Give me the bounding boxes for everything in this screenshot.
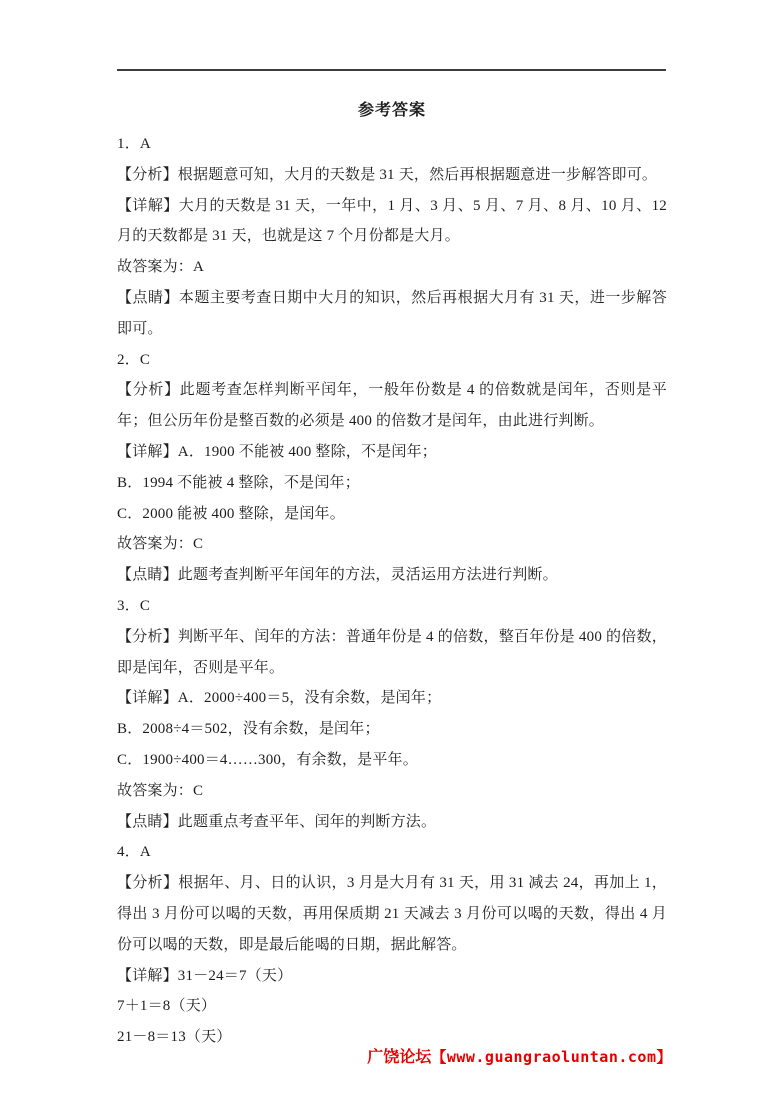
header-divider bbox=[117, 69, 666, 71]
answer-2-detail-a: 【详解】A．1900 不能被 400 整除，不是闰年； bbox=[117, 437, 667, 468]
answer-1-conclusion: 故答案为：A bbox=[117, 252, 667, 283]
answer-3: 3．C 【分析】判断平年、闰年的方法：普通年份是 4 的倍数，整百年份是 400… bbox=[117, 591, 667, 837]
answer-1: 1．A 【分析】根据题意可知，大月的天数是 31 天，然后再根据题意进一步解答即… bbox=[117, 129, 667, 345]
document-page: 参考答案 1．A 【分析】根据题意可知，大月的天数是 31 天，然后再根据题意进… bbox=[0, 0, 780, 1103]
answer-3-detail-a: 【详解】A．2000÷400＝5，没有余数，是闰年； bbox=[117, 683, 667, 714]
answer-2-detail-c: C．2000 能被 400 整除，是闰年。 bbox=[117, 499, 667, 530]
answer-1-note: 【点睛】本题主要考查日期中大月的知识，然后再根据大月有 31 天，进一步解答即可… bbox=[117, 283, 667, 345]
answer-3-conclusion: 故答案为：C bbox=[117, 776, 667, 807]
answer-3-detail-b: B．2008÷4＝502，没有余数，是闰年； bbox=[117, 714, 667, 745]
answer-4: 4．A 【分析】根据年、月、日的认识，3 月是大月有 31 天，用 31 减去 … bbox=[117, 837, 667, 1053]
page-title: 参考答案 bbox=[117, 95, 667, 126]
answer-2-conclusion: 故答案为：C bbox=[117, 529, 667, 560]
answer-3-detail-c: C．1900÷400＝4……300，有余数，是平年。 bbox=[117, 745, 667, 776]
document-body: 参考答案 1．A 【分析】根据题意可知，大月的天数是 31 天，然后再根据题意进… bbox=[117, 95, 667, 1053]
answer-2: 2．C 【分析】此题考查怎样判断平闰年，一般年份数是 4 的倍数就是闰年，否则是… bbox=[117, 345, 667, 591]
answer-1-analysis: 【分析】根据题意可知，大月的天数是 31 天，然后再根据题意进一步解答即可。 bbox=[117, 160, 667, 191]
answer-4-label: 4．A bbox=[117, 837, 667, 868]
answer-4-analysis: 【分析】根据年、月、日的认识，3 月是大月有 31 天，用 31 减去 24，再… bbox=[117, 868, 667, 960]
answer-4-equation-1: 【详解】31－24＝7（天） bbox=[117, 961, 667, 992]
site-url-text: 【www.guangraoluntan.com】 bbox=[431, 1048, 672, 1066]
answer-3-note: 【点睛】此题重点考查平年、闰年的判断方法。 bbox=[117, 807, 667, 838]
site-watermark: 广饶论坛【www.guangraoluntan.com】 bbox=[367, 1044, 672, 1067]
answer-2-detail-b: B．1994 不能被 4 整除，不是闰年； bbox=[117, 468, 667, 499]
answer-2-analysis: 【分析】此题考查怎样判断平闰年，一般年份数是 4 的倍数就是闰年，否则是平年；但… bbox=[117, 375, 667, 437]
site-name-text: 广饶论坛 bbox=[367, 1049, 431, 1066]
answer-3-analysis: 【分析】判断平年、闰年的方法：普通年份是 4 的倍数，整百年份是 400 的倍数… bbox=[117, 622, 667, 684]
answer-2-label: 2．C bbox=[117, 345, 667, 376]
answer-1-detail: 【详解】大月的天数是 31 天，一年中，1 月、3 月、5 月、7 月、8 月、… bbox=[117, 191, 667, 253]
answer-3-label: 3．C bbox=[117, 591, 667, 622]
answer-1-label: 1．A bbox=[117, 129, 667, 160]
answer-4-equation-2: 7＋1＝8（天） bbox=[117, 991, 667, 1022]
answer-2-note: 【点睛】此题考查判断平年闰年的方法，灵活运用方法进行判断。 bbox=[117, 560, 667, 591]
